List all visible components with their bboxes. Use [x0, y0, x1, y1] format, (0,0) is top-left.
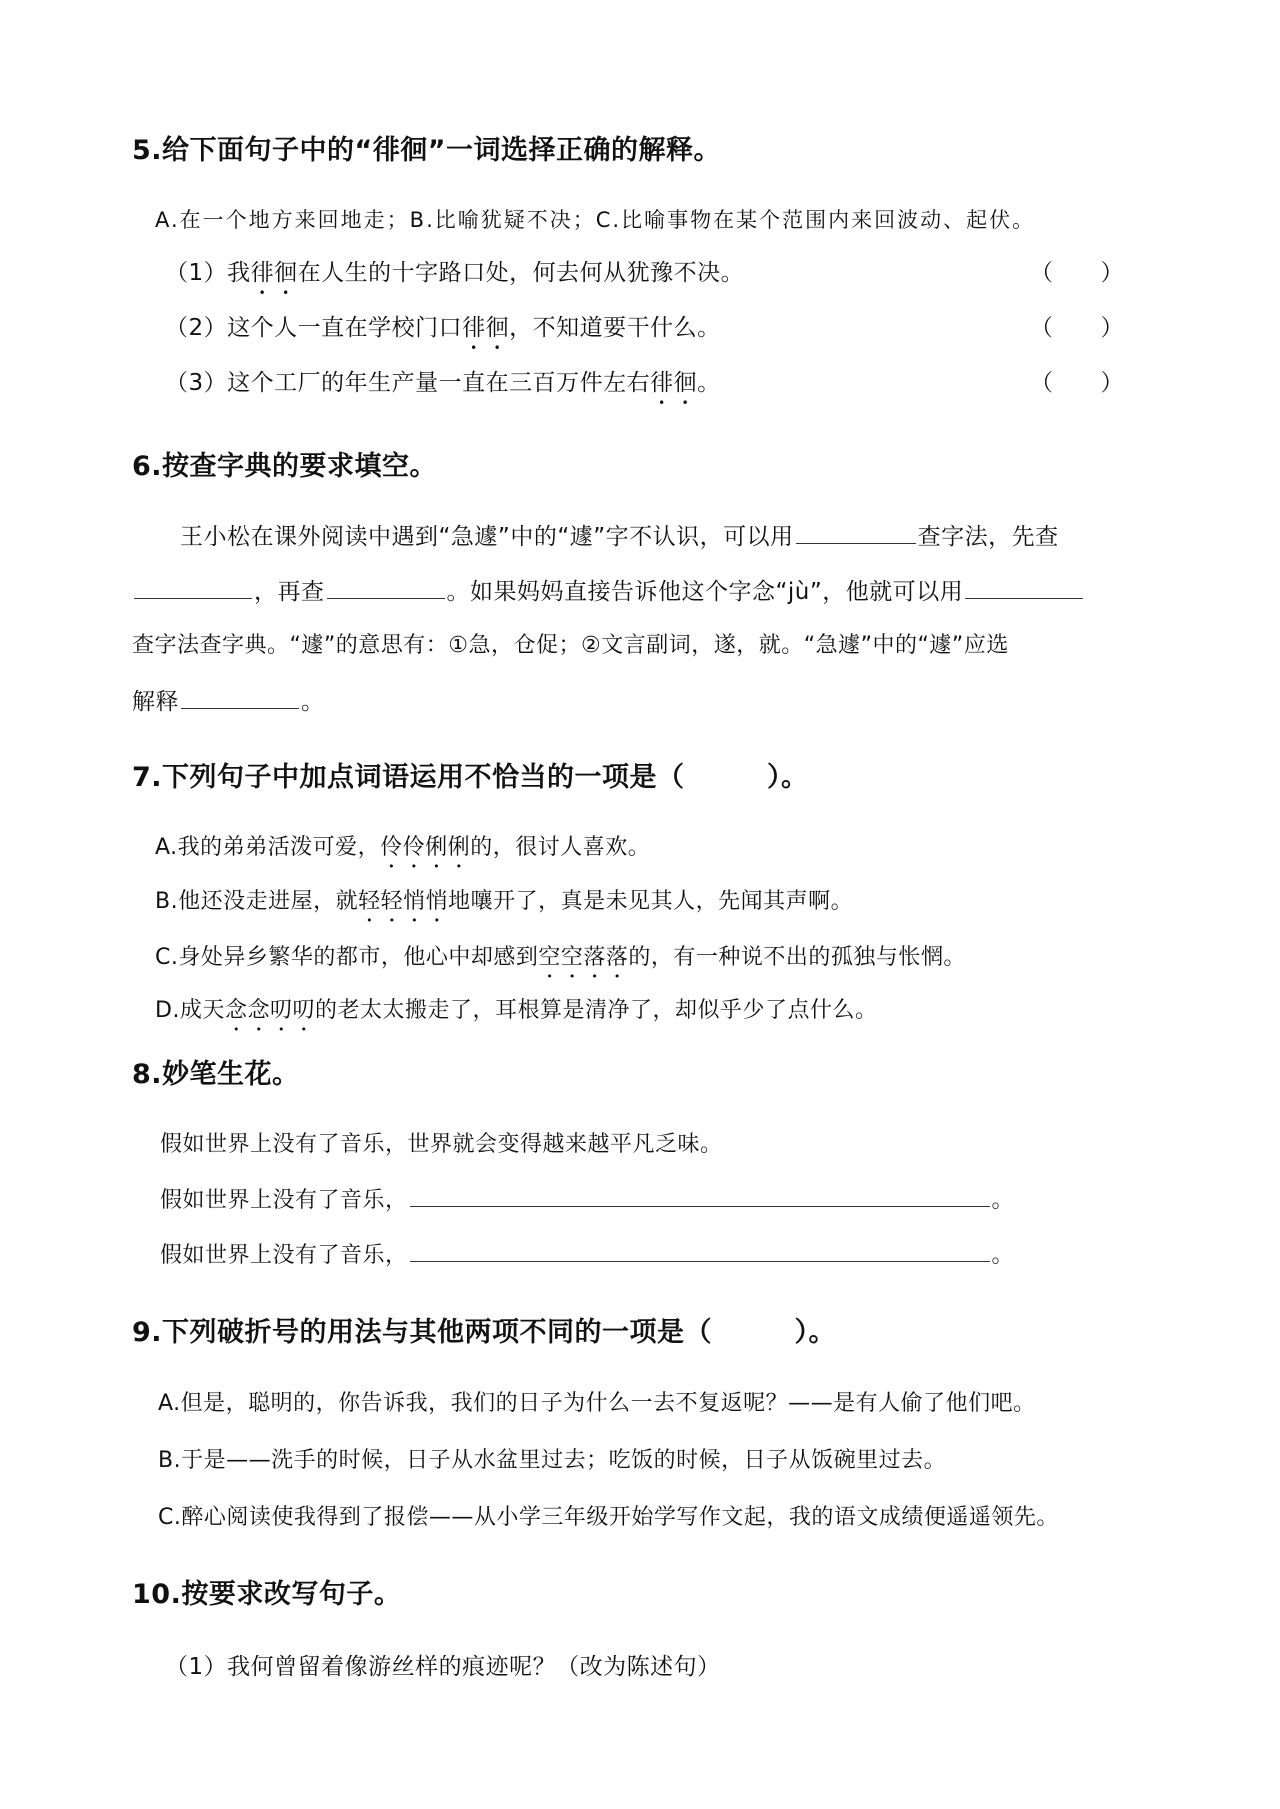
dotted-word: 轻轻悄悄 [358, 889, 448, 914]
q6-line-4: 解释。 [132, 683, 325, 716]
q8-answer-line-2[interactable] [410, 1239, 990, 1262]
q7-option-d[interactable]: D.成天念念叨叨的老太太搬走了，耳根算是清净了，却似乎少了点什么。 [155, 993, 877, 1036]
fill-blank-3[interactable] [327, 576, 445, 599]
fill-blank-5[interactable] [181, 686, 299, 709]
dotted-word: 念念叨叨 [225, 998, 315, 1023]
q5-answer-3[interactable]: （ ） [1030, 364, 1124, 397]
q5-item-2: （2）这个人一直在学校门口徘徊，不知道要干什么。 [165, 309, 721, 355]
q10-title: 10.按要求改写句子。 [132, 1572, 401, 1611]
q6-line-1: 王小松在课外阅读中遇到“急遽”中的“遽”字不认识，可以用查字法，先查 [180, 518, 1059, 551]
q9-option-c[interactable]: C.醉心阅读使我得到了报偿——从小学三年级开始学写作文起，我的语文成绩便遥遥领先… [158, 1500, 1059, 1531]
fill-blank-4[interactable] [965, 576, 1083, 599]
dotted-word: 伶伶俐俐 [380, 835, 470, 860]
worksheet-page: 5.给下面句子中的“徘徊”一词选择正确的解释。 A.在一个地方来回地走；B.比喻… [0, 0, 1280, 1809]
q6-title: 6.按查字典的要求填空。 [132, 444, 437, 483]
q6-line-2: ，再查。如果妈妈直接告诉他这个字念“jù”，他就可以用 [132, 573, 1085, 606]
q9-title: 9.下列破折号的用法与其他两项不同的一项是（ ）。 [132, 1310, 836, 1349]
dotted-word: 空空落落 [538, 945, 628, 970]
q6-line-3: 查字法查字典。“遽”的意思有：①急，仓促；②文言副词，遂，就。“急遽”中的“遽”… [132, 628, 1009, 659]
q5-title: 5.给下面句子中的“徘徊”一词选择正确的解释。 [132, 128, 721, 167]
dotted-word: 徘徊 [650, 370, 697, 396]
q8-answer-line-1[interactable] [410, 1184, 990, 1207]
dotted-word: 徘徊 [251, 260, 298, 286]
q8-example: 假如世界上没有了音乐，世界就会变得越来越平凡乏味。 [160, 1127, 723, 1158]
q8-prompt-1: 假如世界上没有了音乐，。 [160, 1183, 1014, 1214]
q9-option-a[interactable]: A.但是，聪明的，你告诉我，我们的日子为什么一去不复返呢？——是有人偷了他们吧。 [158, 1386, 1036, 1417]
q8-title: 8.妙笔生花。 [132, 1052, 300, 1091]
q5-answer-1[interactable]: （ ） [1030, 254, 1124, 287]
q10-item-1: （1）我何曾留着像游丝样的痕迹呢？（改为陈述句） [165, 1648, 721, 1681]
fill-blank-1[interactable] [796, 521, 916, 544]
q8-prompt-2: 假如世界上没有了音乐，。 [160, 1238, 1014, 1269]
q5-item-1: （1）我徘徊在人生的十字路口处，何去何从犹豫不决。 [165, 254, 744, 300]
dotted-word: 徘徊 [462, 315, 509, 341]
q7-option-a[interactable]: A.我的弟弟活泼可爱，伶伶俐俐的，很讨人喜欢。 [155, 830, 650, 873]
q7-option-b[interactable]: B.他还没走进屋，就轻轻悄悄地嚷开了，真是未见其人，先闻其声啊。 [155, 884, 853, 927]
q5-options: A.在一个地方来回地走；B.比喻犹疑不决；C.比喻事物在某个范围内来回波动、起伏… [155, 204, 1035, 234]
fill-blank-2[interactable] [134, 576, 252, 599]
q5-answer-2[interactable]: （ ） [1030, 309, 1124, 342]
q9-option-b[interactable]: B.于是——洗手的时候，日子从水盆里过去；吃饭的时候，日子从饭碗里过去。 [158, 1443, 946, 1474]
q7-title: 7.下列句子中加点词语运用不恰当的一项是（ ）。 [132, 755, 809, 794]
q5-item-3: （3）这个工厂的年生产量一直在三百万件左右徘徊。 [165, 364, 721, 410]
q7-option-c[interactable]: C.身处异乡繁华的都市，他心中却感到空空落落的，有一种说不出的孤独与怅惘。 [155, 940, 966, 983]
